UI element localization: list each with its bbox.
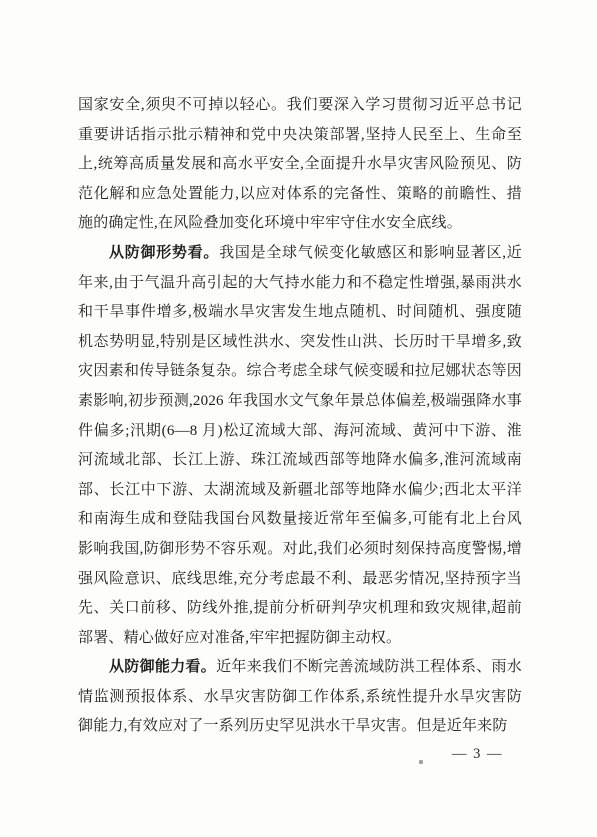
paragraph-1: 国家安全,须臾不可掉以轻心。我们要深入学习贯彻习近平总书记重要讲话指示批示精神和…: [78, 91, 522, 239]
paragraph-1-text: 国家安全,须臾不可掉以轻心。我们要深入学习贯彻习近平总书记重要讲话指示批示精神和…: [78, 97, 522, 231]
page-number: — 3 —: [452, 746, 512, 763]
paragraph-3-bold-lead: 从防御能力看。: [109, 659, 216, 675]
document-body: 国家安全,须臾不可掉以轻心。我们要深入学习贯彻习近平总书记重要讲话指示批示精神和…: [78, 91, 522, 742]
paragraph-2-bold-lead: 从防御形势看。: [109, 245, 219, 261]
scanned-document-page: 国家安全,须臾不可掉以轻心。我们要深入学习贯彻习近平总书记重要讲话指示批示精神和…: [0, 0, 597, 837]
paragraph-2: 从防御形势看。我国是全球气候变化敏感区和影响显著区,近年来,由于气温升高引起的大…: [78, 239, 522, 653]
paragraph-2-text: 我国是全球气候变化敏感区和影响显著区,近年来,由于气温升高引起的大气持水能力和不…: [78, 245, 522, 646]
scan-artifact-speck: [419, 760, 423, 764]
paragraph-3: 从防御能力看。近年来我们不断完善流域防洪工程体系、雨水情监测预报体系、水旱灾害防…: [78, 653, 522, 742]
